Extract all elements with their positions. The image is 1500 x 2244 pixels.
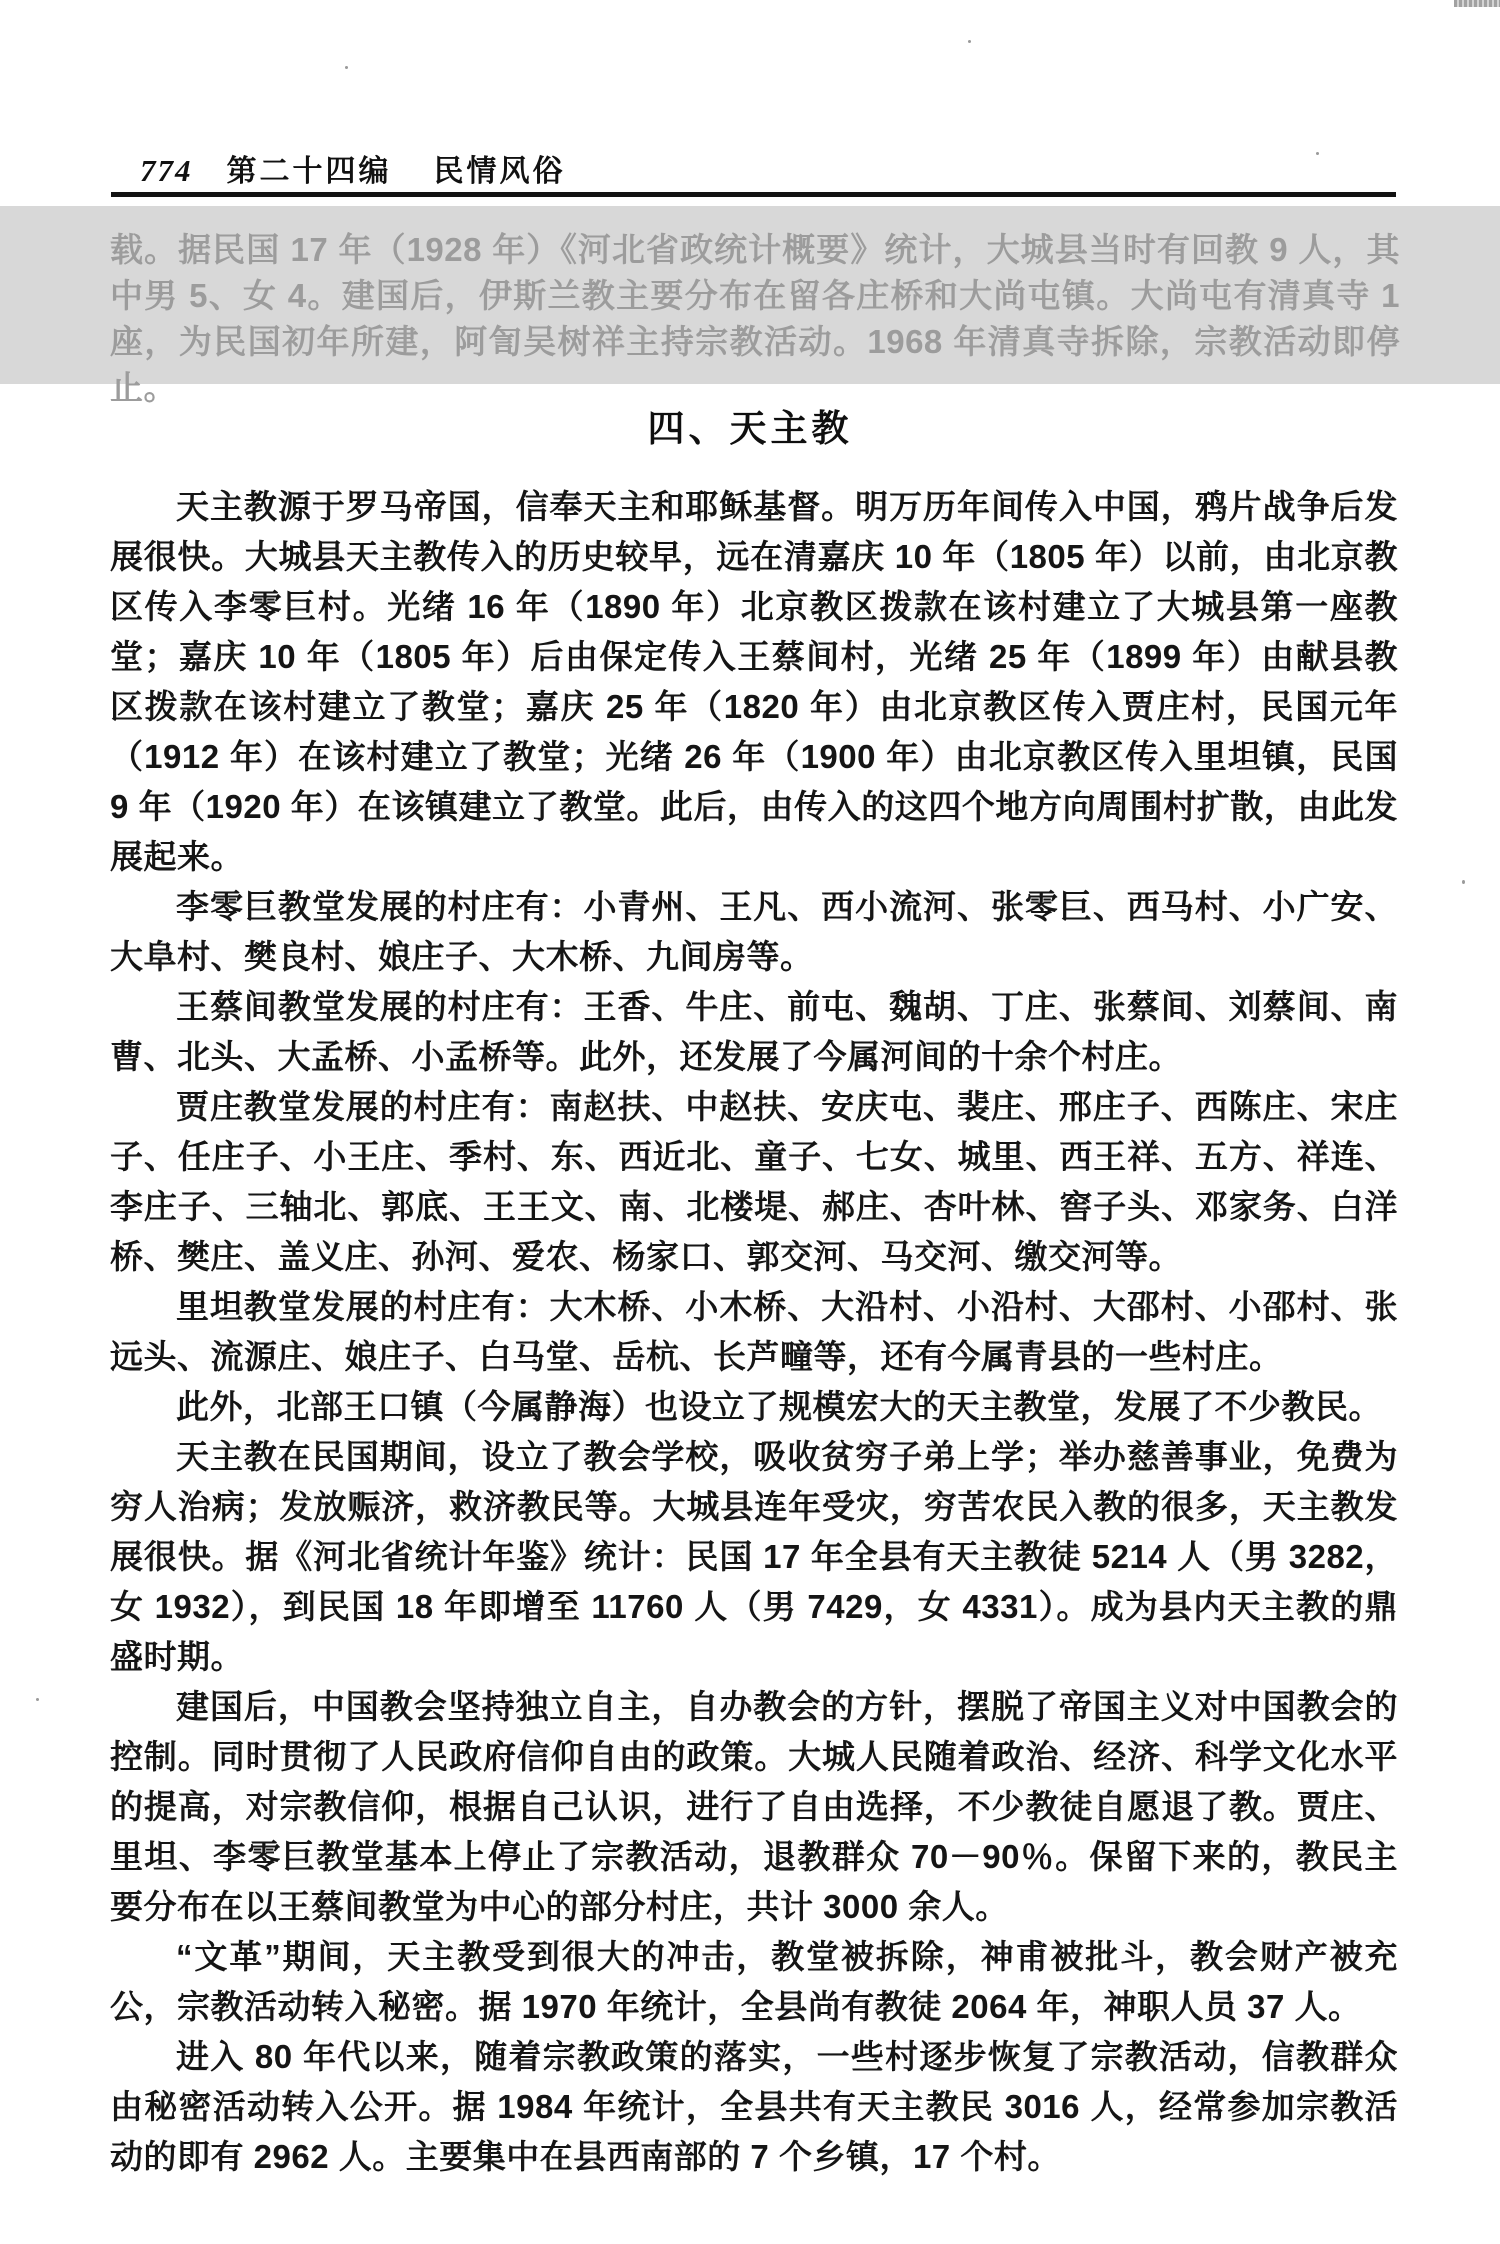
chapter-section-title: 民情风俗 bbox=[434, 146, 566, 190]
paragraph: 王蔡间教堂发展的村庄有：王香、牛庄、前屯、魏胡、丁庄、张蔡间、刘蔡间、南曹、北头… bbox=[110, 982, 1398, 1082]
running-header: 774 第二十四编 民情风俗 bbox=[140, 146, 566, 190]
paragraph: 此外，北部王口镇（今属静海）也设立了规模宏大的天主教堂，发展了不少教民。 bbox=[110, 1382, 1398, 1432]
section-heading-catholicism: 四、天主教 bbox=[0, 398, 1500, 452]
paragraph: “文革”期间，天主教受到很大的冲击，教堂被拆除，神甫被批斗，教会财产被充公，宗教… bbox=[110, 1932, 1398, 2032]
scan-speck bbox=[1316, 152, 1319, 155]
chapter-label: 第二十四编 bbox=[227, 146, 392, 190]
paragraph: 里坦教堂发展的村庄有：大木桥、小木桥、大沿村、小沿村、大邵村、小邵村、张远头、流… bbox=[110, 1282, 1398, 1382]
paragraph: 天主教源于罗马帝国，信奉天主和耶稣基督。明万历年间传入中国，鸦片战争后发展很快。… bbox=[110, 482, 1398, 882]
scanned-book-page: 774 第二十四编 民情风俗 载。据民国 17 年（1928 年）《河北省政统计… bbox=[0, 0, 1500, 2244]
carryover-paragraph-islam: 载。据民国 17 年（1928 年）《河北省政统计概要》统计，大城县当时有回教 … bbox=[110, 227, 1400, 411]
paragraph: 建国后，中国教会坚持独立自主，自办教会的方针，摆脱了帝国主义对中国教会的控制。同… bbox=[110, 1682, 1398, 1932]
page-number: 774 bbox=[140, 153, 193, 189]
scan-speck bbox=[1462, 880, 1465, 884]
faded-scan-band: 载。据民国 17 年（1928 年）《河北省政统计概要》统计，大城县当时有回教 … bbox=[0, 206, 1500, 384]
scan-speck bbox=[968, 40, 971, 43]
body-paragraphs: 天主教源于罗马帝国，信奉天主和耶稣基督。明万历年间传入中国，鸦片战争后发展很快。… bbox=[110, 482, 1398, 2182]
paragraph: 天主教在民国期间，设立了教会学校，吸收贫穷子弟上学；举办慈善事业，免费为穷人治病… bbox=[110, 1432, 1398, 1682]
header-divider-rule bbox=[111, 192, 1396, 197]
scan-speck bbox=[345, 66, 348, 69]
scan-artifact-corner bbox=[1454, 0, 1500, 7]
paragraph: 贾庄教堂发展的村庄有：南赵扶、中赵扶、安庆屯、裴庄、邢庄子、西陈庄、宋庄子、任庄… bbox=[110, 1082, 1398, 1282]
paragraph: 李零巨教堂发展的村庄有：小青州、王凡、西小流河、张零巨、西马村、小广安、大阜村、… bbox=[110, 882, 1398, 982]
scan-speck bbox=[36, 1698, 39, 1701]
paragraph: 进入 80 年代以来，随着宗教政策的落实，一些村逐步恢复了宗教活动，信教群众由秘… bbox=[110, 2032, 1398, 2182]
